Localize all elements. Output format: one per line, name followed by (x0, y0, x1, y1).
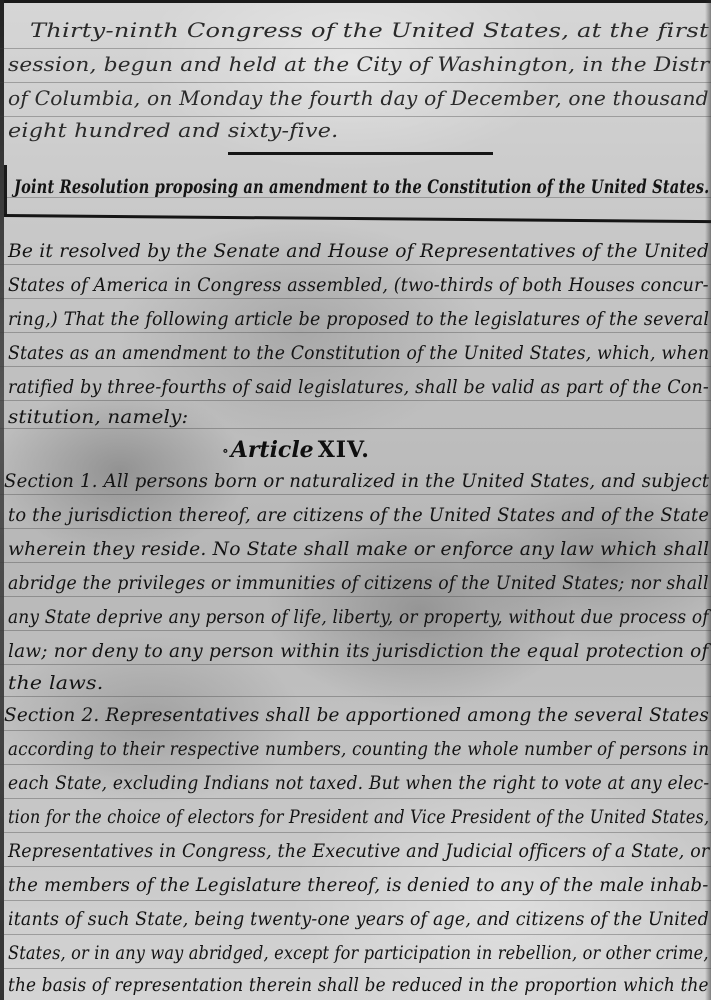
section-2-line: tion for the choice of electors for Pres… (8, 806, 709, 828)
ruled-line (0, 332, 711, 333)
ruled-line (0, 730, 711, 731)
ruled-line (0, 968, 711, 969)
ruled-line (0, 866, 711, 867)
section-2-line: the members of the Legislature thereof, … (8, 874, 709, 896)
ruled-line (0, 696, 711, 697)
preamble-line: Be it resolved by the Senate and House o… (8, 240, 709, 262)
preamble-line: ring,) That the following article be pro… (8, 308, 709, 330)
ruled-line (0, 82, 711, 83)
section-2-line: according to their respective numbers, c… (8, 738, 709, 760)
header-line: session, begun and held at the City of W… (8, 52, 709, 76)
section-1-line: Section 1. All persons born or naturaliz… (4, 470, 709, 492)
header-line: Thirty-ninth Congress of the United Stat… (30, 18, 709, 42)
section-1-line: wherein they reside. No State shall make… (8, 538, 709, 560)
manuscript-page: Thirty-ninth Congress of the United Stat… (0, 0, 711, 1000)
preamble-line: States of America in Congress assembled,… (8, 274, 709, 296)
section-2-line: the basis of representation therein shal… (8, 974, 709, 996)
ruled-line (0, 264, 711, 265)
header-line: eight hundred and sixty-five. (8, 118, 338, 142)
article-word: Article (231, 437, 314, 463)
section-1-line: the laws. (8, 672, 103, 694)
section-1-line: to the jurisdiction thereof, are citizen… (8, 504, 709, 526)
title-divider (4, 214, 711, 223)
ruled-line (0, 562, 711, 563)
ruled-line (0, 832, 711, 833)
section-2-line: itants of such State, being twenty-one y… (8, 908, 709, 930)
ornament-icon: ∘ (222, 444, 229, 459)
preamble-line: States as an amendment to the Constituti… (8, 342, 709, 364)
title-bracket (4, 165, 7, 215)
article-heading: ∘ArticleXIV. (222, 437, 370, 463)
ruled-line (0, 494, 711, 495)
ruled-line (0, 400, 711, 401)
ruled-line (0, 48, 711, 49)
section-1-line: any State deprive any person of life, li… (8, 606, 709, 628)
ruled-line (0, 528, 711, 529)
section-2-line: Representatives in Congress, the Executi… (8, 840, 709, 862)
page-top-edge (0, 0, 711, 3)
ruled-line (0, 596, 711, 597)
section-2-line: Section 2. Representatives shall be appo… (4, 704, 709, 726)
header-divider (228, 152, 493, 155)
header-line: of Columbia, on Monday the fourth day of… (8, 86, 709, 110)
ruled-line (0, 366, 711, 367)
ruled-line (0, 298, 711, 299)
preamble-line: ratified by three-fourths of said legisl… (8, 376, 709, 398)
ruled-line (0, 116, 711, 117)
page-left-edge (0, 0, 4, 1000)
ruled-line (0, 428, 711, 429)
ruled-line (0, 630, 711, 631)
document-title: Joint Resolution proposing an amendment … (14, 176, 709, 198)
preamble-line: stitution, namely: (8, 406, 188, 428)
ruled-line (0, 900, 711, 901)
section-1-line: law; nor deny to any person within its j… (8, 640, 709, 662)
ruled-line (0, 664, 711, 665)
ruled-line (0, 798, 711, 799)
ruled-line (0, 764, 711, 765)
article-numeral: XIV. (318, 437, 370, 463)
section-1-line: abridge the privileges or immunities of … (8, 572, 709, 594)
section-2-line: States, or in any way abridged, except f… (8, 942, 709, 964)
section-2-line: each State, excluding Indians not taxed.… (8, 772, 709, 794)
ruled-line (0, 934, 711, 935)
